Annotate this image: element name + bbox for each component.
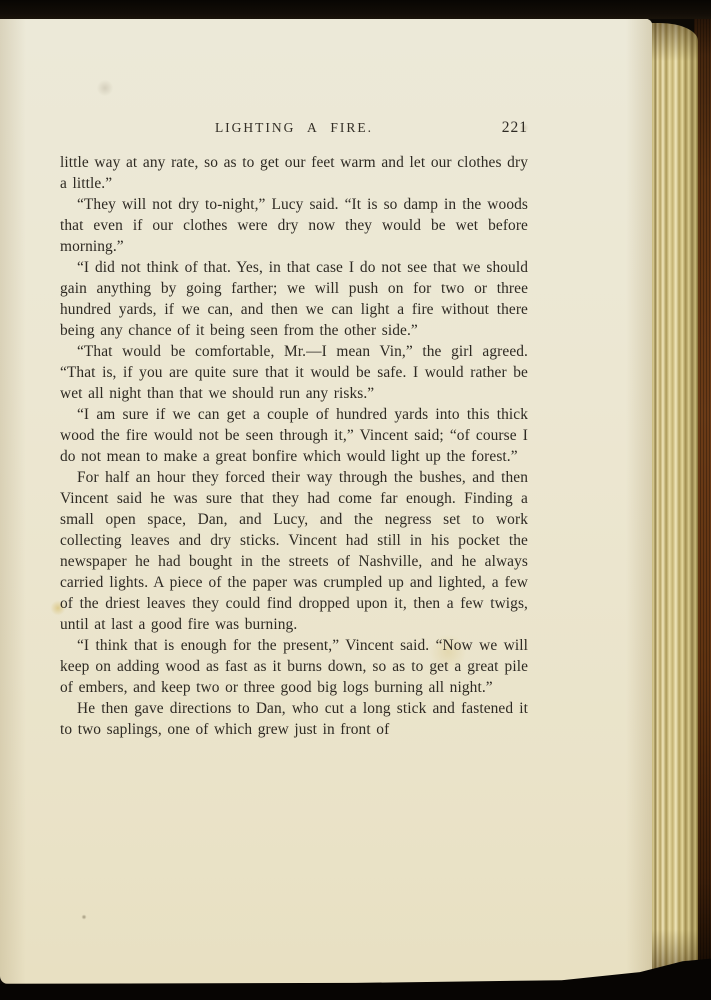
paragraph: “They will not dry to-night,” Lucy said.… (60, 194, 528, 257)
book-page: LIGHTING A FIRE. 221 little way at any r… (0, 18, 652, 984)
text-block: LIGHTING A FIRE. 221 little way at any r… (60, 120, 528, 740)
header-title: LIGHTING A FIRE. (60, 120, 528, 136)
paragraph: For half an hour they forced their way t… (60, 467, 528, 635)
page-number: 221 (502, 120, 528, 136)
scan-top-border (0, 0, 711, 19)
page-fore-edges (644, 23, 698, 977)
running-header: LIGHTING A FIRE. 221 (60, 120, 528, 136)
paragraph: “That would be comfortable, Mr.—I mean V… (60, 341, 528, 404)
paragraph: little way at any rate, so as to get our… (60, 152, 528, 194)
paragraph: “I think that is enough for the present,… (60, 635, 528, 698)
paragraph: “I did not think of that. Yes, in that c… (60, 257, 528, 341)
paragraph: He then gave directions to Dan, who cut … (60, 698, 528, 740)
paragraph: “I am sure if we can get a couple of hun… (60, 404, 528, 467)
book-scan: LIGHTING A FIRE. 221 little way at any r… (0, 0, 711, 1000)
